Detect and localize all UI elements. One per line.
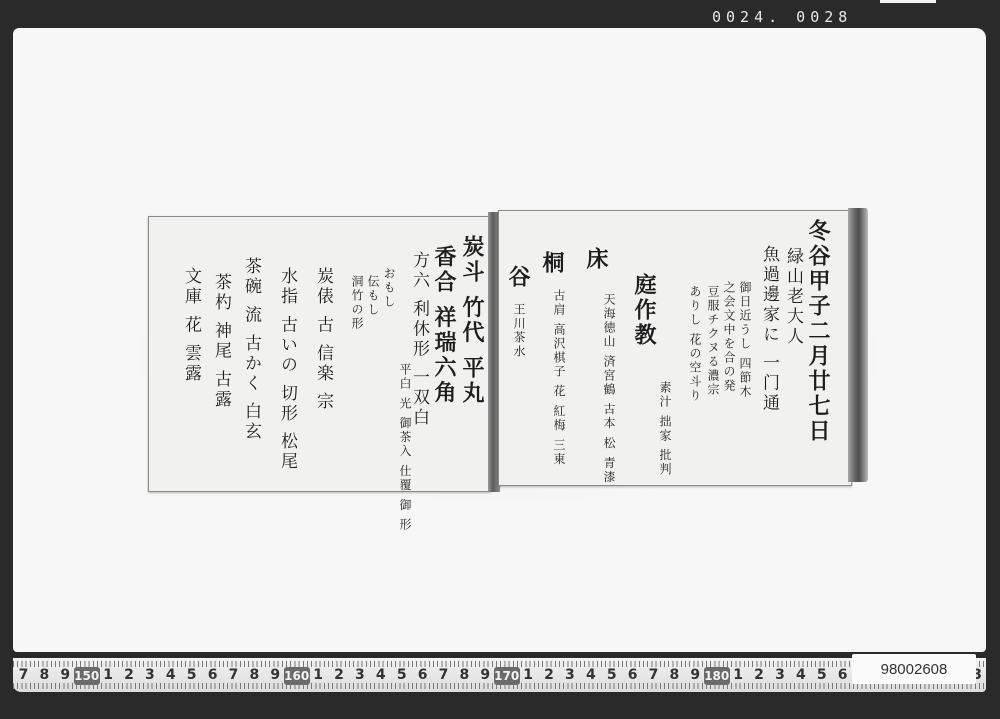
right-col-8: 庭作教 xyxy=(633,273,655,348)
left-col-12: 文庫 花 雲露 xyxy=(182,267,199,384)
right-col-1: 冬谷甲子二月廿七日 xyxy=(807,219,829,444)
right-col-3: 魚過邊家に 一门通 xyxy=(760,245,777,413)
right-col-11: 天海徳山 済宮鶴 古本 松 青漆 xyxy=(603,293,615,484)
left-col-4: おもし xyxy=(383,267,395,309)
right-col-15: 王川茶水 xyxy=(513,303,525,359)
right-col-2: 緑山老大人 xyxy=(784,247,801,347)
right-col-10: 床 xyxy=(585,247,607,272)
left-page: 炭斗 竹代 平丸 香合 祥瑞六角 方六 利休形 一双白 おもし 伝もし 洞竹の形… xyxy=(148,216,491,492)
left-col-1: 炭斗 竹代 平丸 xyxy=(461,235,483,406)
left-col-7: 平白 光 御茶入 仕覆 御 形 xyxy=(399,363,411,532)
right-col-7: ありし 花の空斗り xyxy=(689,285,701,403)
left-col-3: 方六 利休形 一双白 xyxy=(410,251,427,428)
right-col-13: 古肩 高沢棋子 花 紅梅 三東 xyxy=(553,289,565,466)
left-col-2: 香合 祥瑞六角 xyxy=(433,245,455,406)
catalog-id-label: 98002608 xyxy=(852,654,976,684)
right-col-5: 之会文中を合の発 xyxy=(723,281,735,393)
right-col-6: 豆服チクヌる濃宗 xyxy=(707,285,719,397)
top-marker xyxy=(880,0,936,3)
frame-counter: 0024. 0028 xyxy=(712,8,852,26)
ruler-ticks-bottom xyxy=(13,683,986,689)
right-page: 冬谷甲子二月廿七日 緑山老大人 魚過邊家に 一门通 御日近うし 四節木 之会文中… xyxy=(498,210,852,486)
left-col-11: 茶杓 神尾 古露 xyxy=(212,273,229,410)
scale-ruler: 7 8 9 150 1 2 3 4 5 6 7 8 9 160 1 2 3 4 … xyxy=(13,658,986,692)
right-col-4: 御日近うし 四節木 xyxy=(739,281,751,399)
left-col-5: 伝もし xyxy=(367,275,379,317)
left-col-8: 炭俵 古 信楽 宗 xyxy=(314,267,331,412)
open-book: 炭斗 竹代 平丸 香合 祥瑞六角 方六 利休形 一双白 おもし 伝もし 洞竹の形… xyxy=(148,196,873,496)
left-col-9: 水指 古いの 切形 松尾 xyxy=(278,267,295,472)
right-col-14: 谷 xyxy=(507,265,529,290)
left-col-6: 洞竹の形 xyxy=(351,275,363,331)
right-col-12: 桐 xyxy=(541,251,563,276)
book-spine-edge xyxy=(848,208,868,482)
left-col-10: 茶碗 流 古かく 白玄 xyxy=(242,257,259,442)
right-col-9: 素汁 拙家 批判 xyxy=(659,381,671,477)
